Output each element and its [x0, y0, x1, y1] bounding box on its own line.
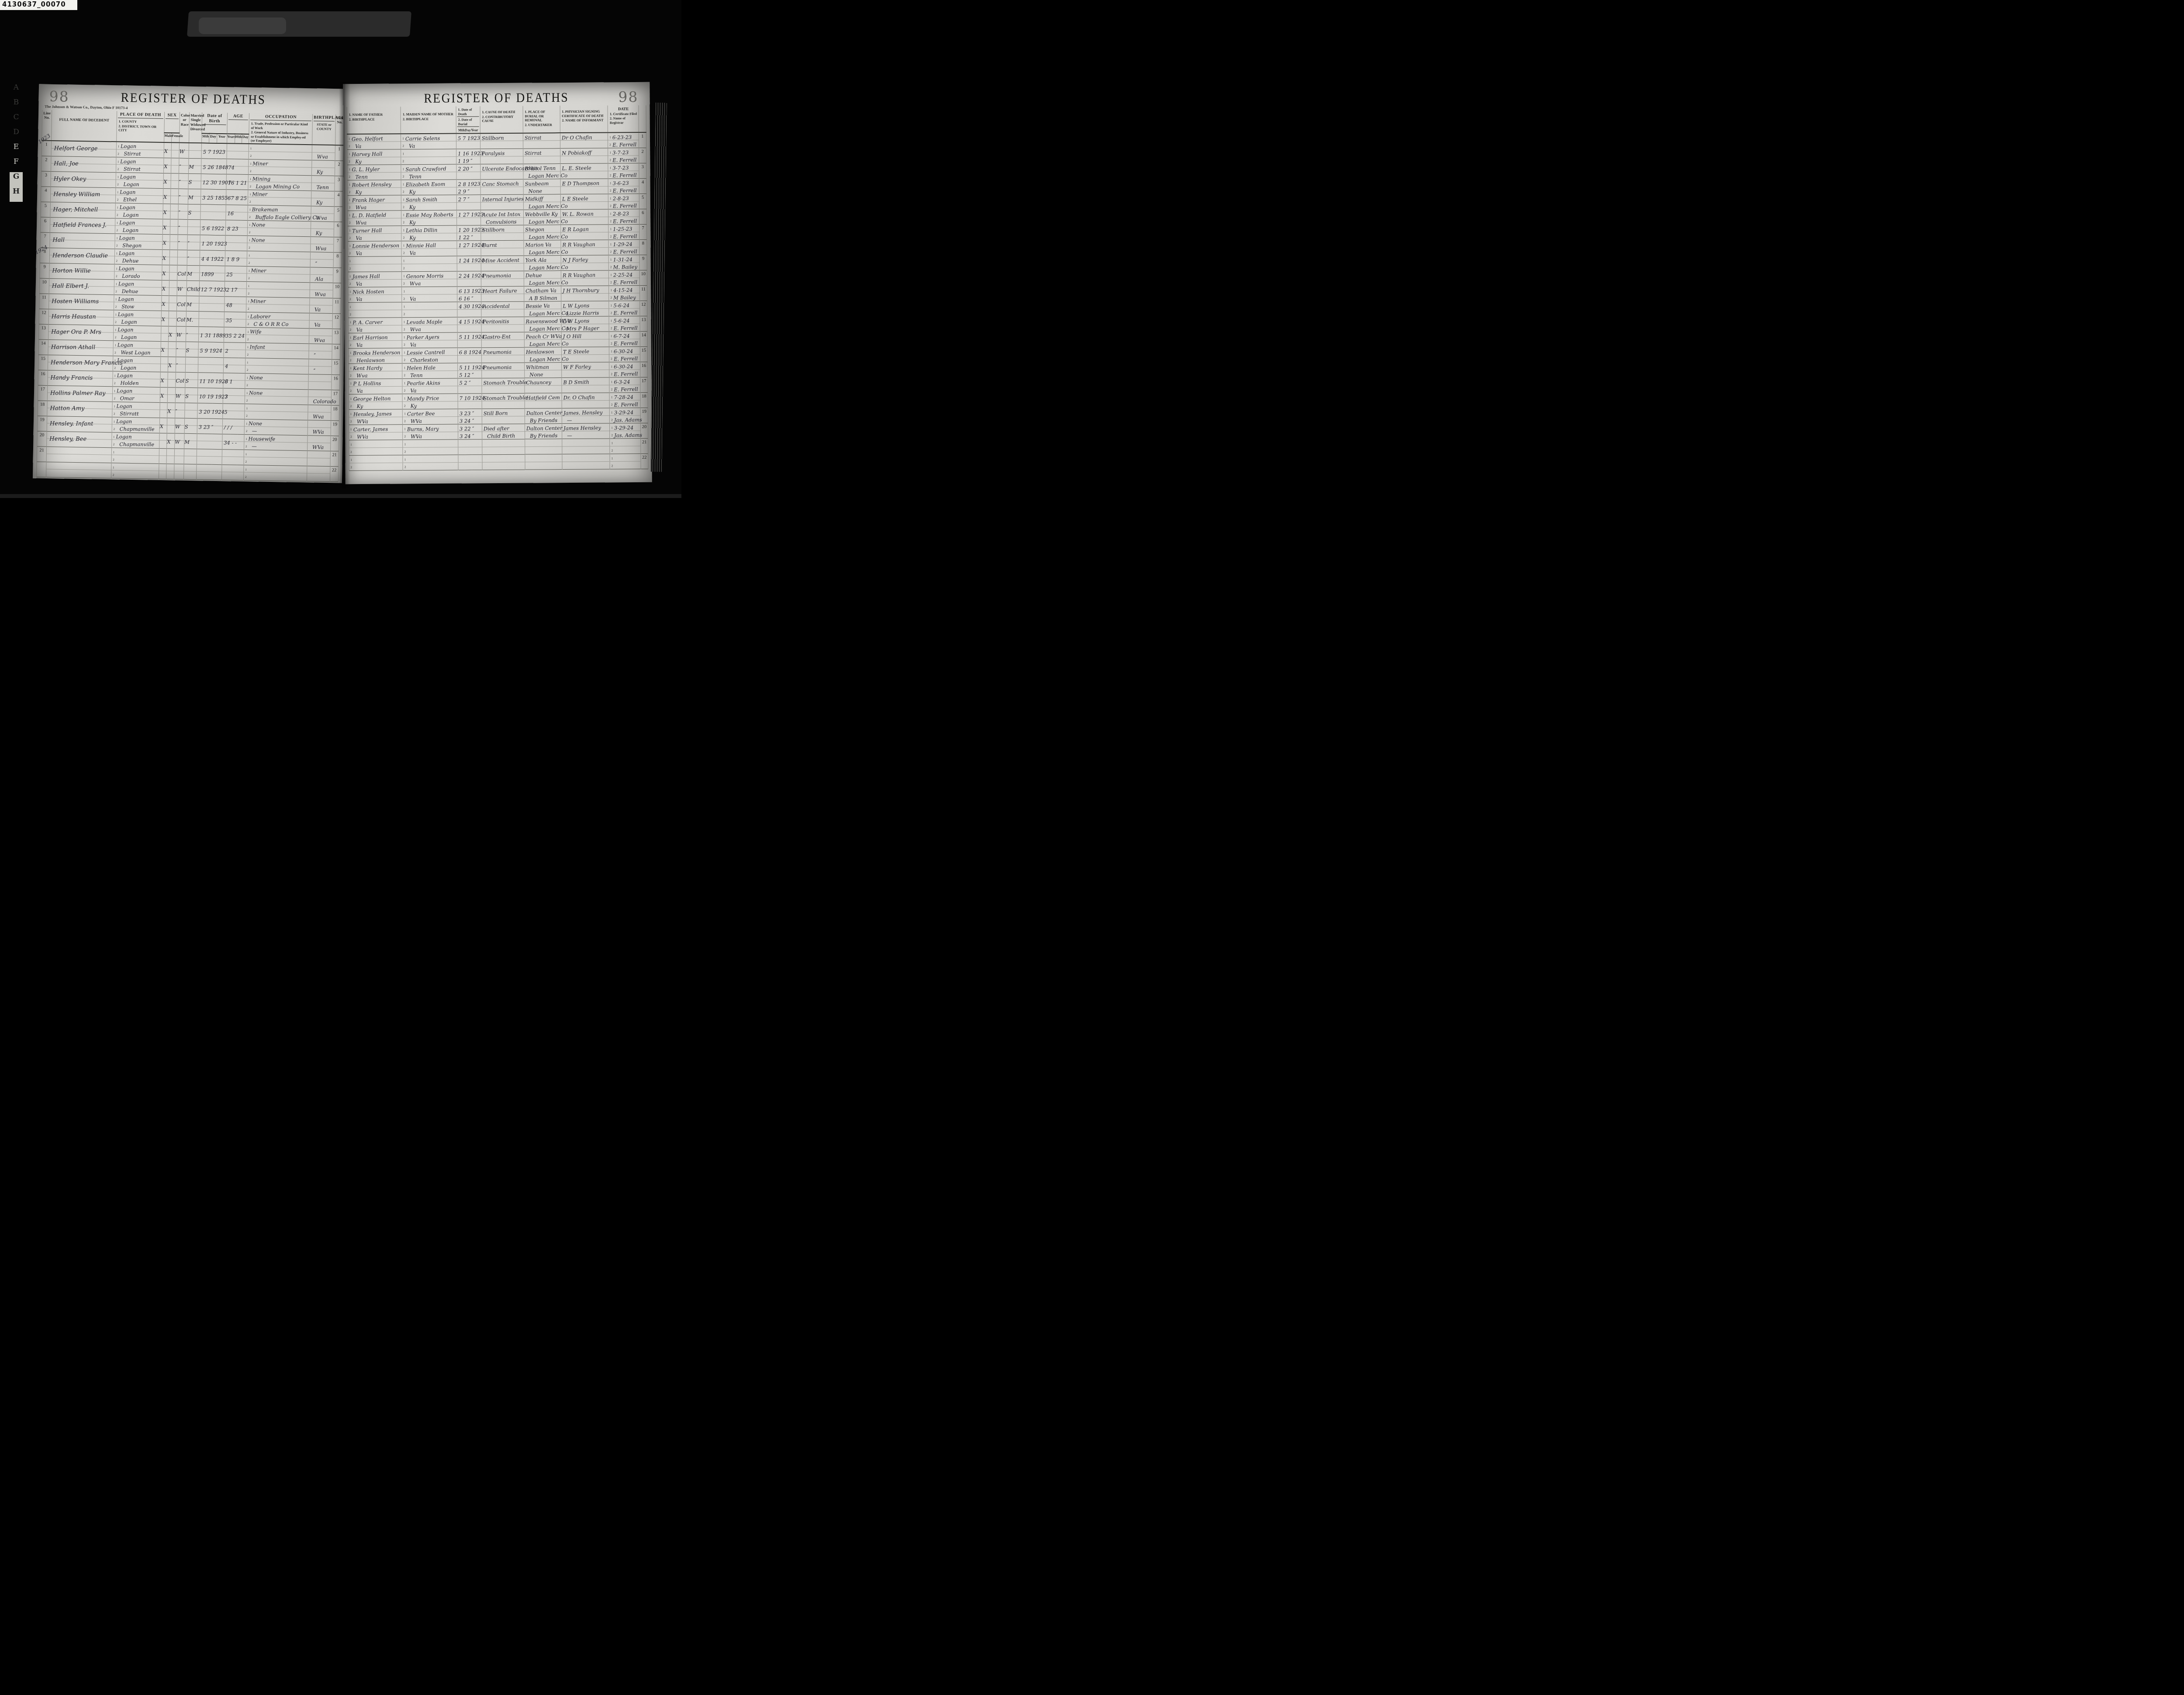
color-race-cell: W — [175, 418, 185, 433]
death-burial-date-cell: 1 24 1924 — [457, 256, 481, 271]
cause-of-death-cell: Gastro-Ent — [481, 332, 524, 348]
register-row: 12124 30 1924AccidentalBessie VaLogan Me… — [348, 301, 647, 318]
film-frame-id-label: 4130637_00070 — [0, 0, 77, 10]
mother-name-cell: 1Burns, Mary2WVa — [403, 424, 458, 440]
father-name-cell: 1Harvey Hall2Ky — [347, 149, 401, 165]
birthplace-cell: ″ — [309, 343, 332, 359]
father-name-cell: 1P. A. Carver2Va — [348, 318, 402, 333]
col-header-years: Years — [227, 134, 235, 143]
mother-name-cell: 1Levada Maple2Wva — [402, 317, 457, 333]
mother-name-cell: 1Helen Hale2Tenn — [402, 363, 458, 379]
marital-cell: S — [188, 173, 201, 189]
marital-cell — [189, 143, 202, 159]
death-burial-date-cell: 5 11 1924 — [457, 332, 481, 348]
death-burial-date-cell: 7 10 1924 — [458, 394, 482, 409]
decedent-name-cell: Hager Ora P. Mrs — [48, 324, 114, 340]
color-race-cell: ″ — [175, 403, 185, 418]
marital-cell: M — [189, 158, 202, 173]
sex-male-cell: X — [163, 158, 171, 173]
age-cell: 8 23 — [225, 220, 248, 235]
father-name-cell: 12 — [348, 256, 402, 272]
mother-name-cell: 1Parker Ayers2Va — [402, 332, 457, 348]
sex-male-cell: X — [161, 295, 169, 311]
father-name-cell: 1Robert Hensley2Ky — [347, 180, 401, 196]
death-burial-date-cell: 2 8 19232 9 ″ — [456, 180, 480, 195]
register-row: 1P L Hollins2Va1Pearlie Akins2Va5 2 ″Sto… — [349, 377, 648, 394]
place-of-burial-cell: Hatfield Cem — [525, 393, 562, 409]
mother-name-cell: 12 — [403, 439, 458, 455]
register-page-right: REGISTER OF DEATHS 98 1. NAME OF FATHER — [343, 82, 652, 484]
decedent-name-cell — [46, 446, 111, 463]
physician-informant-cell: Dr. O Chafin — [562, 393, 610, 408]
sex-male-cell: X — [163, 204, 171, 219]
certificate-date-cell: 11-31-242M. Bailey — [608, 255, 639, 270]
place-of-death-cell: 1Logan2Logan — [116, 172, 164, 188]
death-burial-date-cell: 1 27 1923 — [456, 210, 480, 225]
sex-female-cell — [168, 372, 176, 387]
certificate-date-cell: 12-8-232E. Ferrell — [608, 194, 639, 209]
sex-female-cell — [167, 387, 176, 402]
line-number-cell: 2 — [639, 148, 646, 163]
birthplace-cell: Wva — [308, 405, 331, 420]
decedent-name-cell: Hall Elbert J. — [49, 278, 114, 294]
place-of-death-cell: 1Logan2Logan — [113, 356, 161, 372]
death-burial-date-cell: 1 27 1924 — [457, 241, 481, 256]
physician-informant-cell: T E Steele — [561, 347, 609, 363]
decedent-name-cell: Hosten Williams — [49, 294, 114, 310]
place-of-burial-cell: DehueLogan Merc Co — [524, 271, 561, 287]
place-of-death-cell: 1Logan2Shegon — [114, 233, 162, 249]
line-number-cell: 17 — [640, 377, 648, 392]
occupation-cell: 12 — [246, 281, 310, 297]
sex-male-cell: X — [163, 188, 171, 204]
col-header-father: 1. NAME OF FATHER 2. BIRTHPLACE — [347, 107, 401, 134]
col-header-death-burial-dates: 1. Date of Death 2. Date of Burial Mth D… — [456, 106, 480, 133]
father-name-cell: 1Carter, James2WVa — [349, 425, 403, 440]
place-of-burial-cell: WhitmanNone — [524, 363, 561, 378]
marital-cell: S — [185, 372, 198, 387]
place-of-burial-cell — [525, 439, 562, 455]
birthplace-cell: Ky — [311, 221, 334, 237]
line-number-cell — [37, 462, 47, 477]
date-of-birth-cell — [199, 296, 225, 312]
father-name-cell: 1G. L. Hyler2Tenn — [347, 165, 401, 180]
date-of-birth-cell: 5 9 1924 — [198, 342, 224, 357]
physician-informant-cell: J H Thornbury — [561, 286, 609, 301]
sex-male-cell: X — [162, 234, 170, 249]
register-row: 1Kent Hardy2Wva1Helen Hale2Tenn5 11 1924… — [349, 362, 648, 379]
place-of-death-cell: 1Logan2Chapmanville — [111, 432, 159, 448]
place-of-burial-cell: Dalton CenterBy Friends — [525, 424, 562, 439]
date-of-birth-cell — [197, 449, 222, 464]
date-of-birth-cell: 1 20 1923 — [200, 235, 225, 251]
line-number-cell: 6 — [639, 209, 646, 224]
birthplace-cell: Wva — [311, 236, 334, 252]
sex-male-cell: X — [162, 219, 170, 234]
cause-of-death-cell: Heart Failure — [481, 286, 524, 302]
line-number-cell: 22 — [641, 453, 648, 469]
occupation-cell: 1Brakeman2Buffalo Eagle Colliery Co — [248, 205, 311, 221]
father-name-cell: 1Turner Hall2Va — [348, 226, 402, 242]
age-cell: 74 — [226, 159, 249, 174]
col-header-year: Year — [217, 134, 227, 143]
date-of-birth-cell: 12 30 1907 — [201, 174, 226, 190]
certificate-date-cell: 15-6-242E. Ferrell — [609, 301, 640, 316]
col-header-cause-of-death: 1. CAUSE OF DEATH 2. CONTRIBUTORY CAUSE — [480, 106, 523, 134]
certificate-date-cell: 12-25-242E. Ferrell — [609, 270, 640, 286]
decedent-name-cell: Henderson Claudie — [49, 248, 114, 264]
cause-of-death-cell: Burnt — [481, 240, 524, 256]
father-name-cell: 1Nick Hosten2Va — [348, 287, 402, 303]
certificate-date-cell: 13-29-242Jas. Adams — [610, 423, 641, 439]
decedent-name-cell: Hatton Amy — [47, 401, 112, 417]
register-row: 1Frank Hager2Wva1Sarah Smith2Ky2 7 ″Inte… — [347, 194, 646, 211]
death-burial-date-cell: 2 24 1924 — [457, 271, 481, 287]
col-header-color-race: Color or Race — [180, 112, 190, 143]
sex-male-cell: X — [161, 311, 169, 326]
register-row: 1P. A. Carver2Va1Levada Maple2Wva4 15 19… — [348, 316, 647, 333]
page-number: 98 — [618, 88, 638, 105]
sex-female-cell — [169, 265, 178, 280]
physician-informant-cell: L. E. Steele — [560, 163, 608, 179]
physician-informant-cell: W F Farley — [561, 362, 609, 378]
register-row: 1James Hall2Va1Genore Morris2Wva2 24 192… — [348, 270, 647, 287]
register-row: 1Nick Hosten2Va12Va6 13 19236 16 ″Heart … — [348, 285, 647, 302]
color-race-cell: ″ — [179, 158, 189, 173]
certificate-date-cell: 13-7-232E. Ferrell — [608, 163, 639, 179]
color-race-cell — [174, 449, 184, 464]
birthplace-cell: Wva — [309, 328, 332, 344]
col-header-mth: Mth — [202, 133, 210, 143]
right-page-header: REGISTER OF DEATHS 98 — [346, 85, 646, 107]
father-name-cell: 12 — [349, 455, 403, 471]
place-of-burial-cell: Ravenswood WVaLogan Merc Co — [524, 317, 561, 332]
date-of-birth-cell: 5 7 1923 — [201, 143, 227, 159]
occupation-cell: 1None2 — [247, 220, 311, 236]
decedent-name-cell: Harrison Athall — [48, 339, 113, 356]
occupation-cell: 1Infant2 — [245, 342, 309, 359]
place-of-death-cell: 1Logan2Stirratt — [112, 401, 160, 418]
age-cell: 48 — [224, 296, 246, 312]
line-number-cell: 13 — [38, 324, 48, 339]
cause-of-death-cell: Pneumonia — [481, 363, 524, 378]
col-header-sex: SEX — [164, 112, 180, 133]
death-burial-date-cell: 3 23 ″3 24 ″ — [458, 409, 482, 424]
sex-female-cell — [170, 188, 179, 204]
place-of-death-cell: 1Logan2Logan — [115, 218, 163, 234]
age-cell: 1 8 9 — [225, 250, 247, 266]
father-name-cell: 1Lonnie Henderson2Va — [348, 241, 402, 257]
line-number-cell: 22 — [330, 466, 339, 481]
cause-of-death-cell: Internal Injuries — [480, 194, 523, 210]
death-burial-date-cell: 1 16 19231 19 ″ — [456, 149, 480, 164]
line-number-cell: 1 — [639, 132, 646, 148]
father-name-cell: 1Hensley, James2WVa — [349, 409, 403, 425]
date-of-birth-cell: 1 31 1889 — [199, 327, 224, 342]
birthplace-cell — [308, 374, 332, 390]
father-name-cell: 1George Helton2Ky — [349, 394, 403, 410]
thumb-index-letter: F — [10, 157, 23, 172]
sex-female-cell — [171, 142, 180, 158]
col-header-female: Female — [172, 133, 180, 142]
book-gutter-shadow — [339, 82, 350, 488]
father-name-cell: 1Geo. Helfort2Va — [347, 134, 401, 149]
line-number-cell: 3 — [41, 171, 51, 187]
place-of-burial-cell — [525, 454, 562, 470]
certificate-date-cell: 12-8-232E. Ferrell — [608, 209, 639, 225]
sex-female-cell — [171, 173, 179, 188]
age-cell — [227, 143, 249, 159]
marital-cell: ″ — [186, 326, 199, 342]
birthplace-cell: Va — [310, 297, 333, 313]
marital-cell — [184, 449, 197, 464]
place-of-death-cell: 1Logan2Stirrat — [116, 157, 164, 173]
sex-female-cell — [170, 204, 179, 219]
decedent-name-cell: Horton Willie — [49, 263, 114, 279]
marital-cell: M — [187, 265, 200, 280]
father-name-cell: 1James Hall2Va — [348, 272, 402, 287]
sex-male-cell — [161, 326, 169, 341]
age-cell: 7 — [223, 388, 245, 404]
sex-male-cell — [160, 356, 168, 372]
decedent-name-cell: Hensley, Bee — [47, 431, 112, 447]
cause-of-death-cell: Died afterChild Birth — [482, 424, 525, 439]
right-register-table: 1. NAME OF FATHER 2. BIRTHPLACE 1. MAIDE… — [347, 105, 649, 471]
cause-of-death-cell: Pneumonia — [481, 347, 524, 363]
certificate-date-cell: 11-29-242E. Ferrell — [608, 240, 639, 255]
cause-of-death-cell: Canc Stomach — [480, 179, 523, 195]
death-burial-date-cell: 5 11 19245 12 ″ — [458, 363, 482, 378]
certificate-date-cell: 11-25-232E. Ferrell — [608, 225, 639, 240]
sex-female-cell — [166, 448, 175, 464]
col-header-occupation: OCCUPATION 1. Trade, Profession or Parti… — [249, 113, 313, 145]
sex-female-cell — [167, 418, 175, 433]
line-number-cell: 5 — [639, 194, 646, 209]
line-number-cell: 20 — [330, 436, 339, 451]
place-of-burial-cell: ShegonLogan Merc Co — [523, 225, 560, 241]
sex-female-cell — [171, 158, 180, 173]
color-race-cell — [174, 464, 184, 479]
color-race-cell: Col — [177, 265, 187, 280]
physician-informant-cell: James. Hensley— — [562, 408, 610, 424]
physician-informant-cell — [562, 439, 610, 454]
place-of-burial-cell: Stirrat — [523, 149, 560, 164]
mother-name-cell: 1Carrie Selens2Va — [401, 134, 456, 149]
line-number-cell: 19 — [640, 408, 648, 423]
mother-name-cell: 1Genore Morris2Wva — [402, 271, 457, 287]
sex-female-cell — [169, 311, 177, 326]
date-of-birth-cell: 4 4 1922 — [200, 250, 225, 266]
physician-informant-cell: W. L. Rowan — [560, 209, 608, 225]
color-race-cell: ″ — [176, 357, 186, 372]
occupation-cell: 1None2— — [244, 419, 308, 435]
line-number-cell: 20 — [640, 423, 648, 438]
line-number-cell: 17 — [331, 390, 340, 405]
line-number-cell: 16 — [38, 370, 48, 385]
register-row: 1Brooks Henderson2Henlawson1Lessie Cantr… — [348, 346, 647, 363]
color-race-cell: Col — [176, 372, 186, 387]
col-header-place-of-death: PLACE OF DEATH 1. COUNTY 2. DISTRICT, TO… — [116, 111, 164, 142]
mother-name-cell: 1Pearlie Akins2Va — [402, 378, 458, 394]
microfilm-frame: 4130637_00070 ABCDEFGH 98 REGISTER OF DE… — [0, 0, 681, 498]
line-number-cell: 21 — [37, 446, 47, 462]
death-burial-date-cell: 6 8 1924 — [457, 348, 481, 363]
sex-male-cell: X — [162, 249, 170, 265]
cause-of-death-cell: Acute Int IntoxConvulsions — [480, 210, 523, 225]
col-header-decedent-name: FULL NAME OF DECEDENT — [52, 110, 117, 142]
date-of-birth-cell: 3 25 1855 — [201, 189, 226, 205]
register-row: 1Geo. Helfort2Va1Carrie Selens2Va5 7 192… — [347, 132, 646, 150]
place-of-death-cell: 1Logan2Lorado — [114, 264, 162, 280]
occupation-cell: 12 — [244, 450, 308, 466]
sex-male-cell: X — [159, 418, 167, 433]
occupation-cell: 1Wife2 — [245, 327, 309, 343]
physician-informant-cell: E D Thompson — [560, 179, 608, 194]
physician-informant-cell: L W LyonsMrs P Hager — [561, 316, 609, 332]
sex-male-cell: X — [160, 387, 168, 402]
marital-cell: ″ — [187, 250, 200, 265]
sex-male-cell: X — [163, 173, 171, 188]
line-number-cell: 11 — [639, 285, 647, 301]
line-number-cell: 15 — [640, 346, 647, 362]
register-row: 12121221 — [349, 438, 648, 455]
register-row: 1L. D. Hatfield2Wva1Essie May Roberts2Ky… — [347, 209, 646, 226]
mother-name-cell: 1Sarah Smith2Ky — [401, 195, 457, 211]
certificate-date-cell: 14-15-242M Bailey — [609, 286, 640, 301]
birthplace-cell: Wva — [312, 145, 335, 160]
father-name-cell: 12 — [349, 440, 403, 456]
birthplace-cell: Colorado — [308, 389, 331, 405]
death-burial-date-cell: 1 20 19231 22 ″ — [457, 225, 481, 241]
register-row: 1Robert Hensley2Ky1Elizabeth Esom2Ky2 8 … — [347, 178, 646, 195]
marital-cell — [184, 464, 197, 479]
death-burial-date-cell — [458, 439, 482, 455]
col-header-mth: Mth — [235, 134, 242, 143]
decedent-name-cell: Hensley. Infant — [47, 416, 112, 432]
line-number-cell: 2 — [41, 156, 51, 171]
thumb-index-tabs: ABCDEFGH — [10, 83, 23, 202]
line-number-cell: 18 — [331, 405, 339, 420]
marital-cell — [185, 357, 198, 372]
place-of-burial-cell: Chauncey — [525, 378, 562, 394]
decedent-name-cell: Hensley William — [51, 187, 116, 203]
place-of-death-cell: 1Logan2Logan — [115, 203, 163, 219]
register-row: 1Harvey Hall2Ky121 16 19231 19 ″Paralysi… — [347, 148, 646, 165]
register-page-left: 98 REGISTER OF DEATHS The Johnson & Wats… — [33, 84, 348, 483]
age-cell — [222, 449, 244, 465]
decedent-name-cell: Hyler Okey — [51, 171, 116, 187]
certificate-date-cell: 17-28-242E. Ferrell — [609, 393, 640, 408]
col-header-place-of-burial: 1. PLACE OF BURIAL OR REMOVAL 2. UNDERTA… — [523, 106, 560, 133]
line-number-cell: 14 — [38, 339, 48, 355]
death-burial-date-cell — [458, 455, 482, 470]
birthplace-cell: Tenn — [311, 176, 335, 191]
certificate-date-cell: 16-3-242E. Ferrell — [609, 377, 640, 393]
father-name-cell: 1P L Hollins2Va — [349, 379, 403, 394]
col-header-day: Day — [242, 134, 249, 143]
sex-male-cell: X — [162, 265, 169, 280]
occupation-cell: 1None2 — [247, 235, 311, 252]
line-number-cell: 21 — [641, 438, 648, 453]
col-header-physician: 1. PHYSICIAN SIGNING CERTIFICATE OF DEAT… — [560, 105, 608, 133]
date-of-birth-cell: 3 23 ″ — [197, 418, 222, 434]
certificate-date-cell: 16-30-242E. Ferrell — [609, 347, 640, 362]
certificate-date-cell: 16-23-232E. Ferrell — [608, 132, 639, 148]
register-row: 1Earl Harrison2Va1Parker Ayers2Va5 11 19… — [348, 331, 647, 348]
sex-female-cell — [168, 341, 176, 356]
film-shadow-artifact — [199, 17, 286, 34]
marital-cell: S — [186, 342, 199, 357]
color-race-cell — [177, 250, 187, 265]
birthplace-cell: Ala — [310, 267, 333, 283]
age-cell — [221, 464, 244, 480]
death-burial-date-cell: 2 20 ″ — [456, 164, 480, 180]
register-row: 1G. L. Hyler2Tenn1Sarah Crawford2Tenn2 2… — [347, 163, 646, 180]
line-number-cell: 20 — [37, 431, 47, 446]
line-number-cell: 19 — [37, 416, 47, 431]
line-number-cell: 10 — [639, 270, 647, 285]
physician-informant-cell: James Hensley— — [562, 423, 610, 439]
place-of-death-cell: 1Logan2Dehue — [114, 249, 162, 265]
color-race-cell: ″ — [178, 219, 188, 235]
col-header-birthplace: BIRTHPLACE STATE or COUNTY — [312, 114, 336, 145]
date-of-birth-cell: 12 7 1923 — [199, 281, 225, 297]
col-header-mother: 1. MAIDEN NAME OF MOTHER 2. BIRTHPLACE — [401, 107, 456, 134]
sex-female-cell: X — [168, 356, 176, 372]
line-number-cell: 4 — [41, 187, 51, 202]
occupation-cell: 12 — [243, 465, 307, 481]
line-number-cell: 5 — [41, 202, 51, 217]
birthplace-cell: Va — [309, 313, 332, 329]
thumb-index-letter: E — [10, 142, 23, 157]
sex-male-cell: X — [161, 341, 169, 356]
physician-informant-cell: N Pobiakoff — [560, 148, 608, 164]
birthplace-cell: WVa — [308, 435, 331, 451]
cause-of-death-cell: Ulcerate Endocarditis — [480, 164, 523, 180]
marital-cell: S — [184, 418, 197, 433]
place-of-burial-cell: Bessie VaLogan Merc Co — [524, 301, 561, 317]
date-of-birth-cell — [197, 433, 222, 449]
line-number-cell: 6 — [40, 217, 50, 232]
decedent-name-cell: Hatfield Frances J. — [50, 217, 115, 233]
thumb-index-letter: A — [10, 83, 23, 98]
physician-informant-cell: E R Logan — [560, 225, 608, 240]
col-header-date: DATE 1. Certificate Filed 2. Name of Reg… — [608, 105, 639, 132]
father-name-cell: 1Earl Harrison2Va — [348, 333, 402, 349]
occupation-cell: 1Miner2 — [247, 266, 311, 282]
cause-of-death-cell — [482, 439, 525, 455]
place-of-death-cell: 1Logan2Holden — [112, 371, 160, 387]
certificate-date-cell: 12 — [610, 439, 641, 454]
color-race-cell: Col — [176, 311, 187, 326]
decedent-name-cell: Hager, Mitchell — [50, 202, 115, 218]
line-number-cell: 18 — [38, 401, 48, 416]
line-number-cell: 10 — [39, 278, 49, 294]
register-row: 1Carter, James2WVa1Burns, Mary2WVa3 22 ″… — [349, 423, 648, 440]
mother-name-cell: 12 — [402, 302, 457, 318]
marital-cell: Child — [187, 280, 200, 296]
occupation-cell: 1Miner2 — [248, 190, 311, 206]
color-race-cell: ″ — [176, 342, 186, 357]
sex-female-cell — [169, 280, 177, 295]
line-number-cell: 18 — [640, 392, 648, 408]
marital-cell: ″ — [187, 235, 200, 250]
age-cell: 2 — [223, 342, 245, 358]
color-race-cell: ″ — [178, 235, 188, 250]
age-cell: 25 — [225, 266, 247, 281]
sex-male-cell — [159, 448, 167, 464]
mother-name-cell: 1Minnie Hall2Va — [401, 241, 457, 256]
